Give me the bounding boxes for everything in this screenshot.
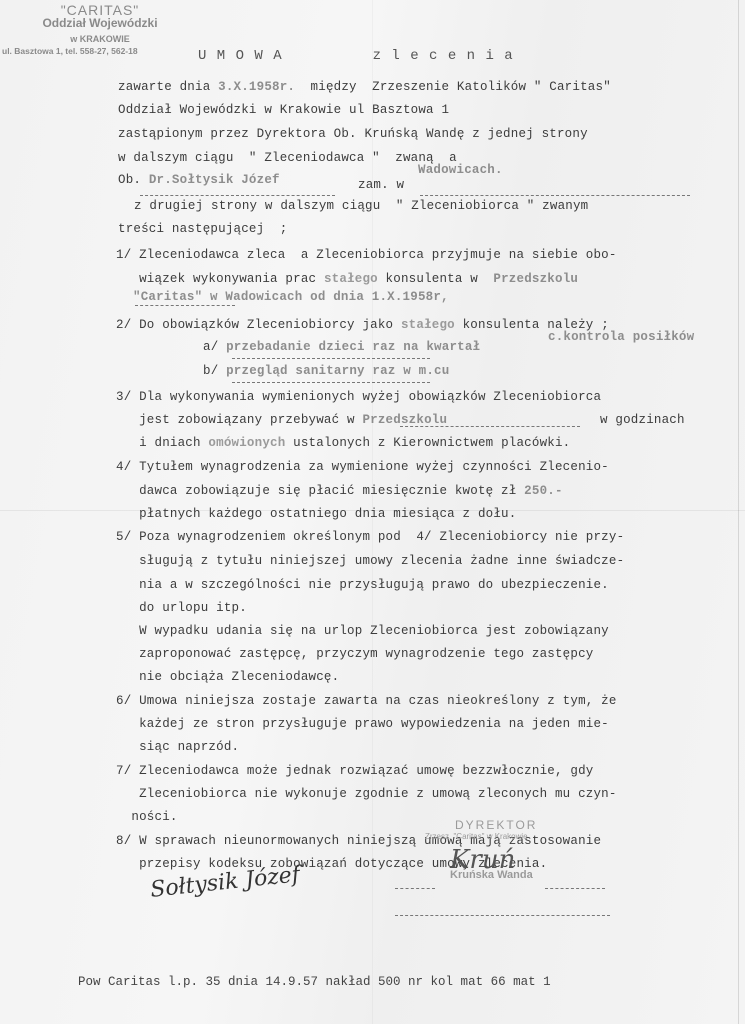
text: 2/ Do obowiązków Zleceniobiorcy jako [116,318,401,332]
document-title: U M O W Az l e c e n i a [198,48,514,64]
stamp-line: Oddział Wojewódzki [0,16,200,30]
text: dawca zobowiązuje się płacić miesięcznie… [116,484,524,498]
text-line: i dniach omówionych ustalonych z Kierown… [116,436,570,450]
text-line: płatnych każdego ostatniego dnia miesiąc… [116,507,516,521]
filled-text: Przedszkolu [362,413,447,427]
text-line: z drugiej strony w dalszym ciągu " Zlece… [134,199,588,213]
struck-word: stałego [401,318,455,332]
text-line: Zleceniobiorca nie wykonuje zgodnie z um… [116,787,617,801]
director-signature: Kruń [450,845,515,875]
item-label: b/ [203,364,218,378]
text: wiązek wykonywania prac [116,272,324,286]
contractor-name: Dr.Sołtysik Józef [149,173,280,187]
text-line: b/ przegląd sanitarny raz w m.cu [203,364,449,378]
title-word: z l e c e n i a [373,48,514,64]
text-line: nie obciąża Zleceniodawcę. [116,670,339,684]
text: między Zrzeszenie Katolików " Caritas" [295,80,611,94]
text-line: wiązek wykonywania prac stałego konsulen… [116,272,578,286]
text-line: jest zobowiązany przebywać w Przedszkolu [116,413,447,427]
text: i dniach [116,436,208,450]
fill-line [400,426,580,427]
text: zawarte dnia [118,80,218,94]
struck-word: stałego [324,272,378,286]
item-label: a/ [203,340,218,354]
filled-text: przebadanie dzieci raz na kwartał [226,340,480,354]
fill-line [135,305,235,306]
text-line: Ob. Dr.Sołtysik Józef [118,173,280,187]
text: konsulenta w [378,272,494,286]
text-line: ności. [116,810,178,824]
title-word: U M O W A [198,48,283,64]
clause-2: 2/ Do obowiązków Zleceniobiorcy jako sta… [116,318,609,332]
clause-4: 4/ Tytułem wynagrodzenia za wymienione w… [116,460,609,474]
clause-1: 1/ Zleceniodawca zleca a Zleceniobiorca … [116,248,617,262]
fill-line [420,195,690,196]
text: ustalonych z Kierownictwem placówki. [285,436,570,450]
filled-text: c.kontrola posiłków [548,330,694,344]
stamp-line: w KRAKOWIE [0,34,200,44]
filled-text: Przedszkolu [493,272,578,286]
clause-3: 3/ Dla wykonywania wymienionych wyżej ob… [116,390,601,404]
text-line: nia a w szczególności nie przysługują pr… [116,578,609,592]
text-line: każdej ze stron przysługuje prawo wypowi… [116,717,609,731]
stamp-line: Zrzesz. "Caritas" w Krakowie [425,832,537,841]
filled-text: "Caritas" w Wadowicach od dnia 1.X.1958r… [133,290,449,304]
text-line: treści następującej ; [118,222,287,236]
text-line: sługują z tytułu niniejszej umowy zlecen… [116,554,624,568]
signature-line [545,888,605,889]
text-line: zastąpionym przez Dyrektora Ob. Kruńską … [118,127,588,141]
text-line: Oddział Wojewódzki w Krakowie ul Basztow… [118,103,449,117]
text-line: a/ przebadanie dzieci raz na kwartał [203,340,480,354]
struck-word: omówionych [208,436,285,450]
text-line: W wypadku udania się na urlop Zleceniobi… [116,624,609,638]
text-line: zam. w [358,178,412,192]
fill-line [232,382,430,383]
clause-7: 7/ Zleceniodawca może jednak rozwiązać u… [116,764,593,778]
signature-line [395,915,610,916]
fill-line [232,358,430,359]
print-footer: Pow Caritas l.p. 35 dnia 14.9.57 nakład … [78,975,551,989]
text-line: w dalszym ciągu " Zleceniodawca " zwaną … [118,151,457,165]
caritas-stamp: "CARITAS" Oddział Wojewódzki w KRAKOWIE … [0,0,200,56]
text-line: siąc naprzód. [116,740,239,754]
document-page: "CARITAS" Oddział Wojewódzki w KRAKOWIE … [0,0,745,1024]
contractor-city: Wadowicach. [418,163,503,177]
text-line: zaproponować zastępcę, przyczym wynagrod… [116,647,593,661]
text-line: zawarte dnia 3.X.1958r. między Zrzeszeni… [118,80,611,94]
payment-amount: 250.- [524,484,563,498]
text-line: dawca zobowiązuje się płacić miesięcznie… [116,484,563,498]
text-line: do urlopu itp. [116,601,247,615]
page-edge [738,0,739,1024]
clause-6: 6/ Umowa niniejsza zostaje zawarta na cz… [116,694,617,708]
signature-line [395,888,435,889]
text-line: w godzinach [600,413,685,427]
clause-5: 5/ Poza wynagrodzeniem określonym pod 4/… [116,530,624,544]
contract-date: 3.X.1958r. [218,80,295,94]
stamp-line: ul. Basztowa 1, tel. 558-27, 562-18 [0,46,200,56]
text: Ob. [118,173,149,187]
stamp-line: DYREKTOR [455,818,537,832]
text: jest zobowiązany przebywać w [116,413,362,427]
filled-text: przegląd sanitarny raz w m.cu [226,364,449,378]
fill-line [140,195,335,196]
